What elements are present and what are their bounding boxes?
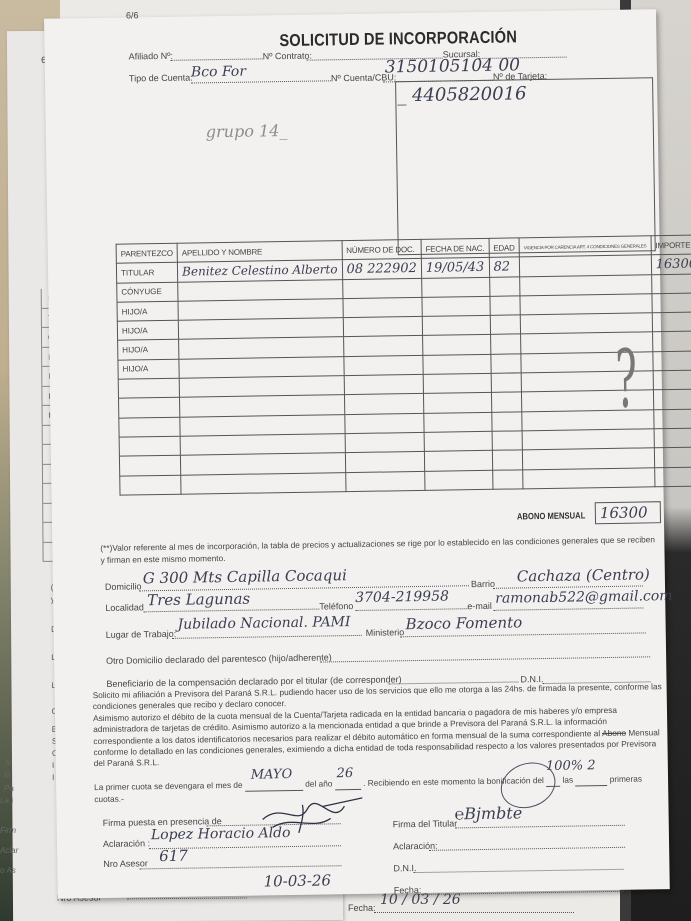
pencil-bracket-mark: ? <box>615 340 638 420</box>
cell-edad[interactable] <box>491 392 522 412</box>
afiliado-field[interactable] <box>171 58 263 60</box>
cuota-anio-label: del año <box>305 778 332 788</box>
cell-nombre[interactable] <box>181 453 346 475</box>
back-fecha-value: 10 / 03 / 26 <box>380 892 461 908</box>
cell-edad[interactable] <box>492 450 523 470</box>
cell-edad[interactable] <box>490 315 521 335</box>
cell-fecha-nac[interactable] <box>423 354 491 374</box>
telefono-value: 3704-219958 <box>355 589 449 606</box>
titular-signature-label: Firma del Titular <box>393 818 458 829</box>
cell-edad[interactable] <box>492 469 523 489</box>
otro-domicilio-field[interactable] <box>320 656 650 662</box>
cell-parentesco: TITULAR <box>116 263 177 283</box>
back-fecha-field <box>374 912 574 913</box>
column-header: FECHA DE NAC. <box>421 238 489 258</box>
barrio-value: Cachaza (Centro) <box>517 565 650 585</box>
cell-edad[interactable] <box>490 354 521 374</box>
titular-signature-field[interactable] <box>455 825 625 829</box>
cell-vigencia[interactable] <box>522 448 654 469</box>
cell-vigencia[interactable] <box>519 255 651 276</box>
titular-dni-field[interactable] <box>413 869 623 873</box>
cell-doc[interactable] <box>345 452 425 473</box>
cell-edad[interactable]: 82 <box>489 257 520 277</box>
cell-parentesco: HIJO/A <box>118 340 179 360</box>
cell-edad[interactable] <box>492 431 523 451</box>
cell-nombre[interactable] <box>180 414 345 436</box>
cell-doc[interactable] <box>344 394 424 415</box>
cell-nombre[interactable] <box>179 376 344 398</box>
domicilio-value: G 300 Mts Capilla Cocaqui <box>143 566 347 587</box>
cell-fecha-nac[interactable] <box>422 316 490 336</box>
cell-importe[interactable] <box>653 409 691 429</box>
cuota-mes-field[interactable]: MAYO <box>245 779 303 792</box>
cell-importe[interactable]: 16300 <box>651 254 691 274</box>
column-header: APELLIDO Y NOMBRE <box>177 241 342 263</box>
cell-vigencia[interactable] <box>523 467 655 488</box>
tipo-cuenta-label: Tipo de Cuenta: <box>129 72 193 83</box>
trabajo-label: Lugar de Trabajo: <box>106 629 177 640</box>
trabajo-value: Jubilado Nacional. PAMI <box>177 614 350 633</box>
cell-importe[interactable] <box>652 312 691 332</box>
cell-parentesco <box>120 475 181 495</box>
titular-aclaracion-field[interactable] <box>429 847 625 851</box>
cell-doc[interactable] <box>343 317 423 338</box>
back-side-fragment: I <box>52 773 54 782</box>
fecha-handwritten: 10-03-26 <box>263 871 331 890</box>
bonificacion-cuotas-field[interactable] <box>575 774 607 787</box>
presencia-aclaracion-value: Lopez Horacio Aldo <box>151 825 291 843</box>
localidad-label: Localidad <box>105 602 144 613</box>
primera-cuota-line: La primer cuota se devengara el mes de M… <box>94 773 669 806</box>
pencil-note: grupo 14_ <box>206 121 288 141</box>
contrato-label: Nº Contrato: <box>263 51 312 62</box>
back-side-fragment: I <box>52 761 54 770</box>
cell-importe[interactable] <box>651 274 691 294</box>
column-header: EDAD <box>489 238 520 258</box>
bonificacion-las: las <box>562 775 573 785</box>
cell-parentesco <box>119 455 180 475</box>
cell-parentesco: HIJO/A <box>117 301 178 321</box>
ministerio-field[interactable] <box>400 632 646 637</box>
nro-asesor-value: 617 <box>159 847 188 865</box>
tipo-cuenta-value: Bco For <box>191 64 246 81</box>
far-left-fragment: Aclar <box>0 846 18 855</box>
far-left-fragment: lc <box>6 758 12 767</box>
column-header: NÚMERO DE DOC. <box>342 239 422 260</box>
cell-parentesco <box>119 436 180 456</box>
cell-nombre[interactable] <box>178 279 343 301</box>
cell-parentesco <box>119 398 180 418</box>
cell-parentesco <box>119 417 180 437</box>
cell-importe[interactable] <box>652 331 691 351</box>
ministerio-value: Bzoco Fomento <box>405 613 522 633</box>
column-header: VIGENCIA POR CARENCIA ART. 4 CONDICIONES… <box>519 236 651 257</box>
cell-importe[interactable] <box>653 389 691 409</box>
legal-debit-strike: Abono <box>602 727 626 737</box>
cell-parentesco: CÓNYUGE <box>117 282 178 302</box>
cell-fecha-nac[interactable] <box>423 373 491 393</box>
cell-edad[interactable] <box>491 373 522 393</box>
family-table: PARENTEZCOAPELLIDO Y NOMBRENÚMERO DE DOC… <box>116 234 691 495</box>
cell-nombre[interactable] <box>181 472 346 494</box>
localidad-value: Tres Lagunas <box>147 590 250 610</box>
nro-asesor-field[interactable] <box>139 865 341 869</box>
cell-vigencia[interactable] <box>520 274 652 295</box>
cell-fecha-nac[interactable] <box>424 451 492 471</box>
far-left-fragment: lo <box>4 770 10 779</box>
cell-nombre[interactable] <box>179 356 344 378</box>
cell-nombre[interactable] <box>179 337 344 359</box>
cell-importe[interactable] <box>654 466 691 486</box>
bonificacion-value: 100% 2 <box>546 760 596 772</box>
otro-domicilio-label: Otro Domicilio declarado del parentesco … <box>106 652 332 666</box>
localidad-field[interactable] <box>143 609 319 613</box>
tarjeta-value: _ 4405820016 <box>397 83 527 106</box>
far-left-fragment: Firm <box>0 826 16 835</box>
domicilio-label: Domicilio <box>105 581 142 592</box>
cell-fecha-nac[interactable] <box>422 296 490 316</box>
cell-edad[interactable] <box>490 296 521 316</box>
abono-mensual-label: ABONO MENSUAL <box>517 510 586 521</box>
cell-nombre[interactable] <box>178 299 343 321</box>
cell-edad[interactable] <box>490 334 521 354</box>
email-field[interactable] <box>493 607 643 610</box>
cell-doc[interactable] <box>345 432 425 453</box>
cell-vigencia[interactable] <box>520 294 652 315</box>
cell-nombre[interactable]: Benitez Celestino Alberto <box>177 260 342 282</box>
cell-doc[interactable] <box>344 413 424 434</box>
cell-importe[interactable] <box>654 428 691 448</box>
cell-fecha-nac[interactable] <box>422 335 490 355</box>
cell-edad[interactable] <box>489 276 520 296</box>
cell-doc[interactable]: 08 222902 <box>342 259 422 280</box>
far-left-fragment: o As <box>0 866 16 875</box>
cell-doc[interactable] <box>342 297 422 318</box>
cell-importe[interactable] <box>653 351 691 371</box>
cell-fecha-nac[interactable] <box>421 277 489 297</box>
cuota-mes-value: MAYO <box>251 769 293 781</box>
cell-nombre[interactable] <box>178 318 343 340</box>
cell-vigencia[interactable] <box>522 429 654 450</box>
cuota-prefix: La primer cuota se devengara el mes de <box>94 780 243 792</box>
form-title: SOLICITUD DE INCORPORACIÓN <box>279 27 517 51</box>
telefono-label: Teléfono <box>319 601 353 612</box>
cell-doc[interactable] <box>343 355 423 376</box>
telefono-field[interactable] <box>355 608 467 611</box>
cell-fecha-nac[interactable] <box>424 412 492 432</box>
cell-importe[interactable] <box>653 370 691 390</box>
cell-doc[interactable] <box>343 336 423 357</box>
tipo-cuenta-field[interactable] <box>191 80 331 83</box>
page-number: 6/6 <box>126 10 139 20</box>
cell-doc[interactable] <box>342 278 422 299</box>
column-header: PARENTEZCO <box>116 243 177 263</box>
cell-parentesco: HIJO/A <box>118 359 179 379</box>
barrio-label: Barrio <box>471 579 495 589</box>
application-form: 6/6 SOLICITUD DE INCORPORACIÓN Afiliado … <box>44 9 670 899</box>
cell-importe[interactable] <box>654 447 691 467</box>
cell-fecha-nac[interactable] <box>425 470 493 490</box>
column-header: IMPORTE (**) <box>651 235 691 255</box>
email-value: ramonab522@gmail.com <box>495 588 673 607</box>
afiliado-label: Afiliado Nº: <box>129 51 173 62</box>
trabajo-field[interactable] <box>172 635 362 639</box>
footnote: (**)Valor referente al mes de incorporac… <box>100 533 660 566</box>
cuota-anio-value: 26 <box>337 768 354 780</box>
cell-doc[interactable] <box>345 471 425 492</box>
far-left-fragment: La ¡ <box>0 796 14 805</box>
ministerio-label: Ministerio <box>366 627 405 638</box>
cell-doc[interactable] <box>344 374 424 395</box>
back-fecha-label: Fecha: <box>348 903 376 913</box>
far-left-fragment: Pa <box>4 784 14 793</box>
abono-mensual-value: 16300 <box>600 503 648 522</box>
cell-nombre[interactable] <box>180 395 345 417</box>
nro-asesor-label: Nro Asesor <box>103 858 148 869</box>
cell-fecha-nac[interactable] <box>423 393 491 413</box>
cell-nombre[interactable] <box>180 434 345 456</box>
cell-fecha-nac[interactable]: 19/05/43 <box>421 258 489 278</box>
cell-fecha-nac[interactable] <box>424 431 492 451</box>
presencia-aclaracion-label: Aclaración : <box>103 838 150 849</box>
cell-edad[interactable] <box>491 412 522 432</box>
cell-parentesco: HIJO/A <box>117 320 178 340</box>
email-label: e-mail <box>467 601 492 611</box>
cuota-anio-field[interactable]: 26 <box>335 778 361 791</box>
titular-signature: ℮Bjmbte <box>454 803 522 824</box>
cell-parentesco <box>118 378 179 398</box>
cell-vigencia[interactable] <box>520 313 652 334</box>
cell-importe[interactable] <box>652 293 691 313</box>
